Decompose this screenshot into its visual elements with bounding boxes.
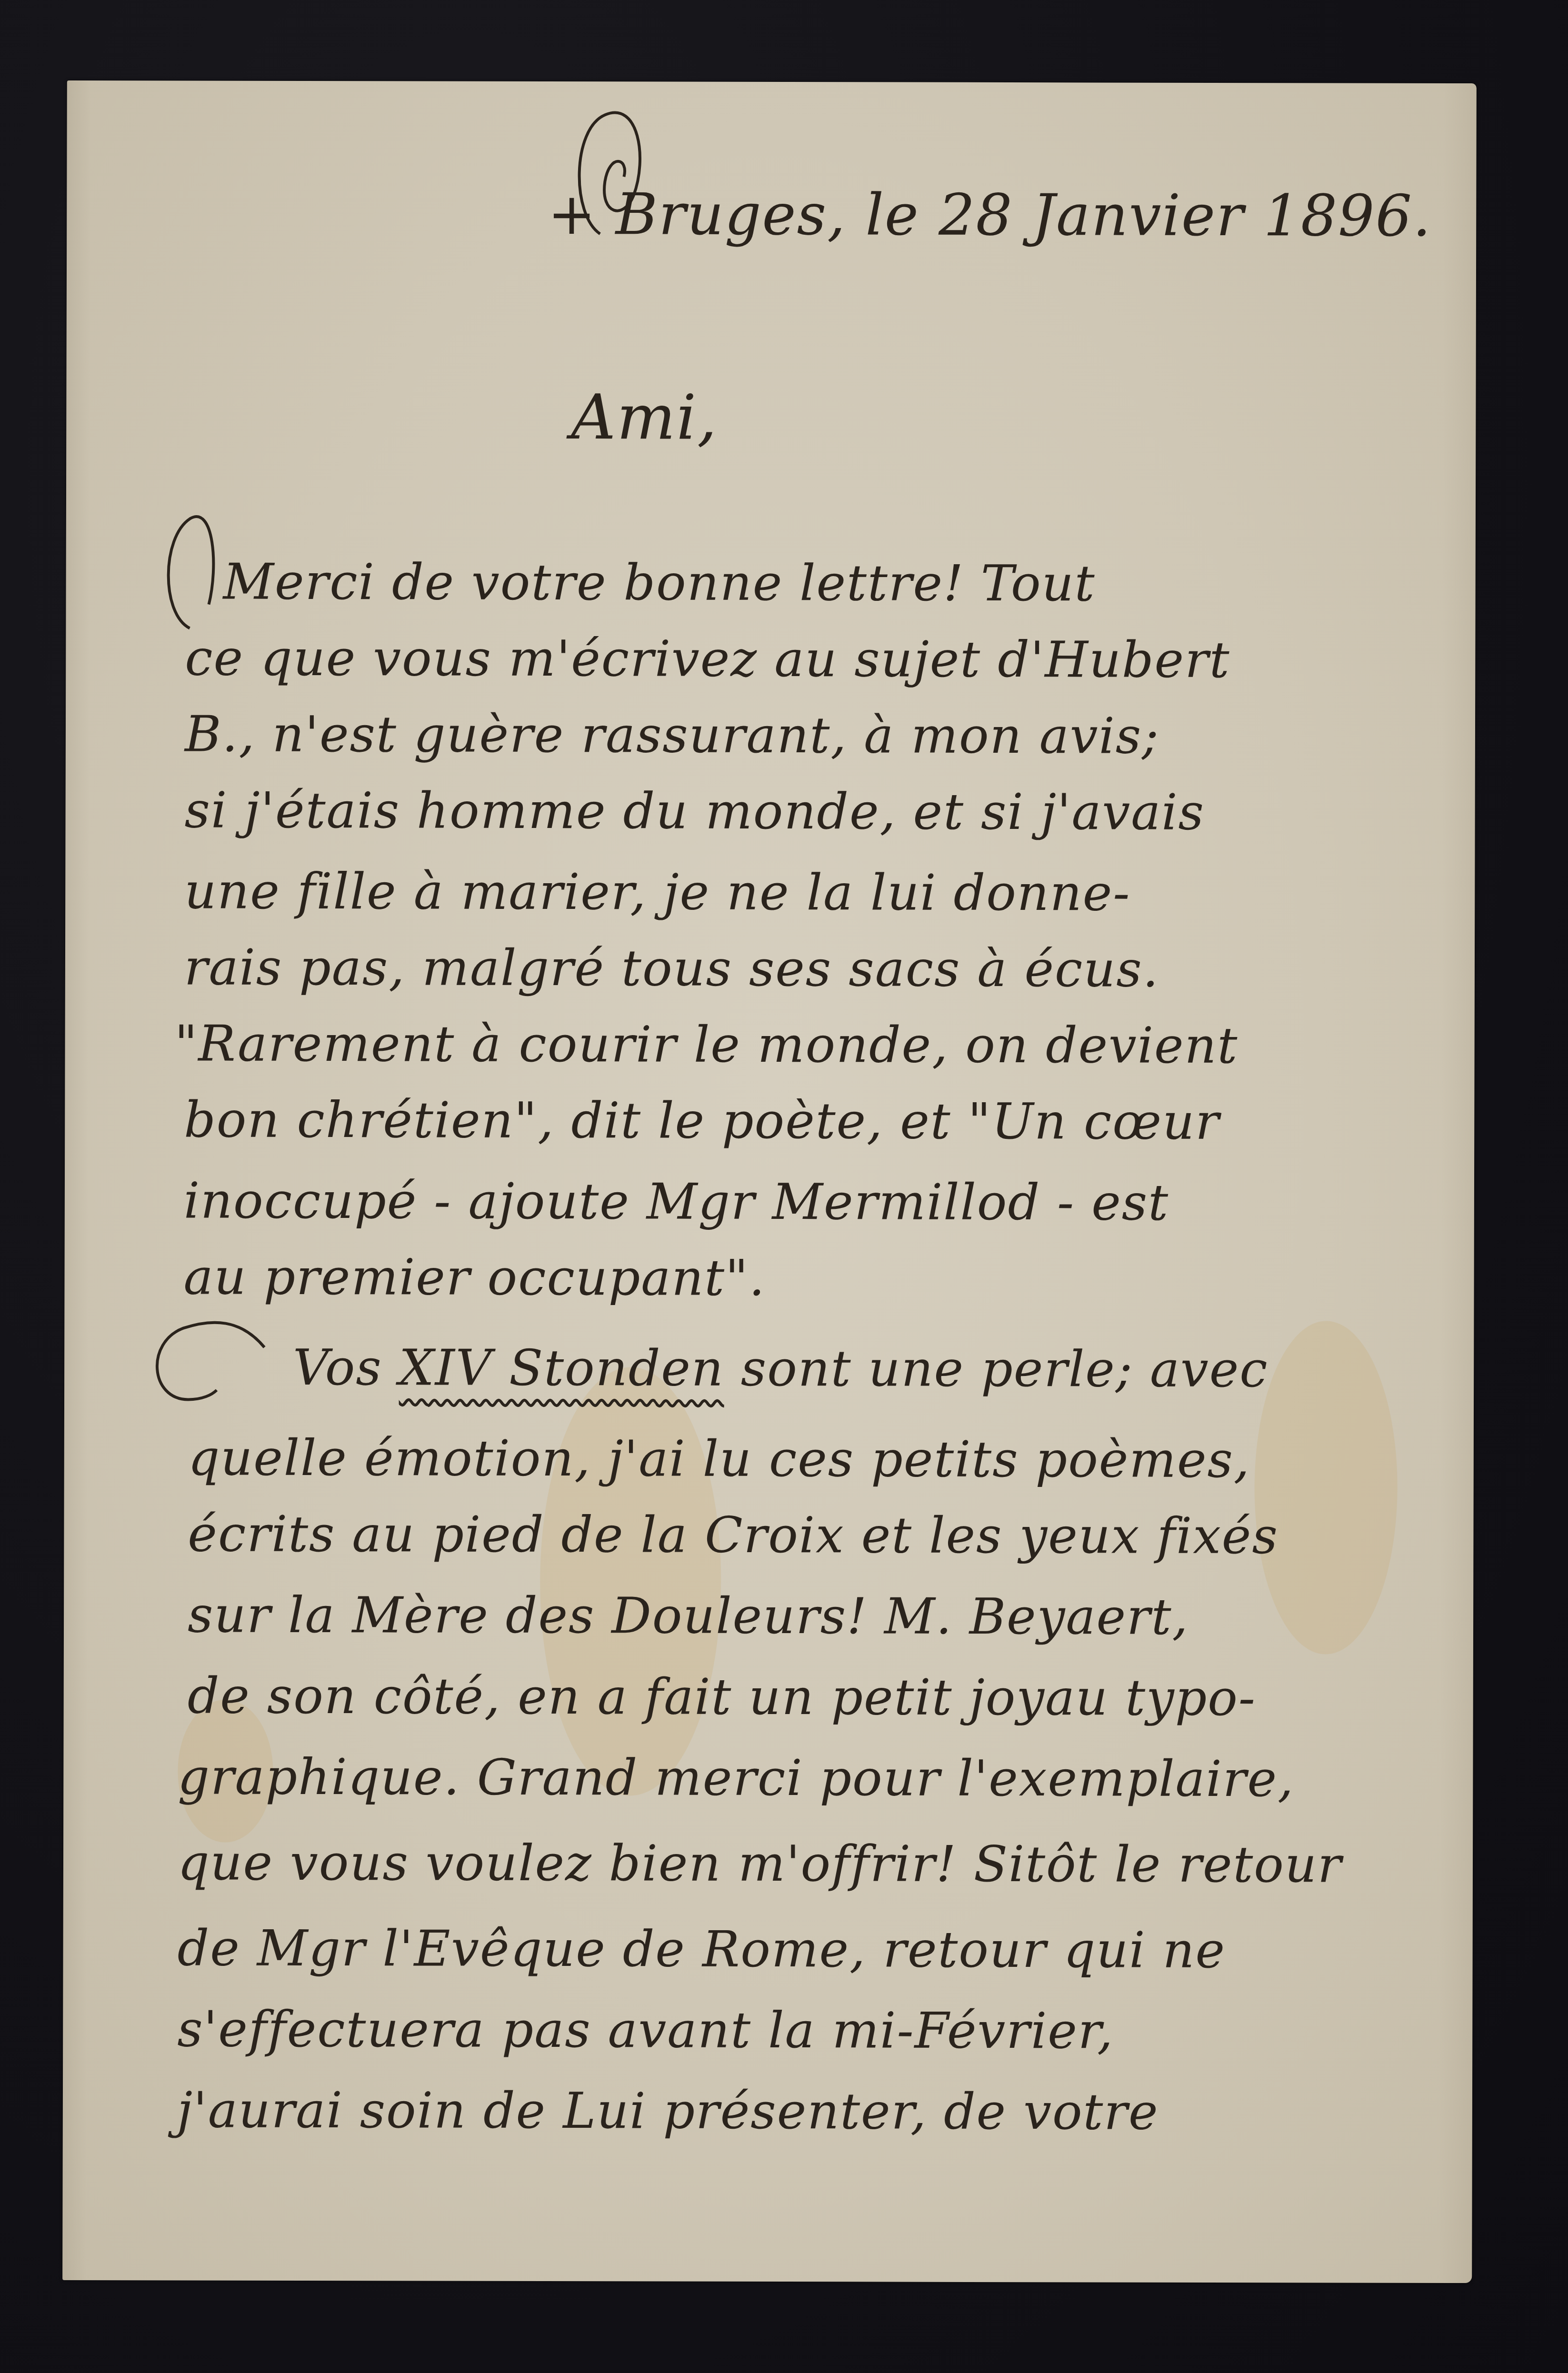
dateline: + Bruges, le 28 Janvier 1896.	[548, 186, 1432, 245]
letter-line: s'effectuera pas avant la mi-Février,	[177, 2004, 1114, 2055]
letter-line: si j'étais homme du monde, et si j'avais	[185, 785, 1205, 837]
letter-line: de Mgr l'Evêque de Rome, retour qui ne	[178, 1923, 1226, 1975]
letter-line: graphique. Grand merci pour l'exemplaire…	[178, 1752, 1294, 1804]
letter-line: quelle émotion, j'ai lu ces petits poème…	[188, 1433, 1250, 1485]
letter-line: que vous voulez bien m'offrir! Sitôt le …	[178, 1837, 1342, 1889]
underlined-title: XIV Stonden	[399, 1338, 724, 1397]
letter-line: de son côté, en a fait un petit joyau ty…	[188, 1671, 1257, 1723]
letter-line: j'aurai soin de Lui présenter, de votre	[177, 2085, 1159, 2136]
letter-line: au premier occupant".	[183, 1252, 766, 1303]
letter-line: écrits au pied de la Croix et les yeux f…	[188, 1509, 1278, 1561]
foxing-stain	[1254, 1321, 1398, 1655]
letter-line: rais pas, malgré tous ses sacs à écus.	[184, 942, 1159, 994]
flourish-ornament	[145, 1318, 269, 1414]
letter-line: une fille à marier, je ne la lui donne-	[184, 866, 1130, 917]
text-fragment: sont une perle; avec	[724, 1339, 1268, 1398]
letter-line: bon chrétien", dit le poète, et "Un cœur	[184, 1095, 1220, 1147]
text-fragment: Vos	[293, 1338, 399, 1396]
letter-line: Vos XIV Stonden sont une perle; avec	[293, 1343, 1268, 1394]
letter-line: inoccupé - ajoute Mgr Mermillod - est	[184, 1176, 1169, 1227]
letter-page: + Bruges, le 28 Janvier 1896. Ami, Merci…	[62, 80, 1477, 2283]
salutation: Ami,	[571, 386, 718, 449]
letter-line: ce que vous m'écrivez au sujet d'Hubert	[185, 633, 1230, 685]
letter-line: Merci de votre bonne lettre! Tout	[223, 557, 1096, 608]
letter-line: B., n'est guère rassurant, à mon avis;	[185, 709, 1159, 760]
letter-line: sur la Mère des Douleurs! M. Beyaert,	[188, 1590, 1189, 1641]
letter-line: "Rarement à courir le monde, on devient	[174, 1018, 1238, 1070]
